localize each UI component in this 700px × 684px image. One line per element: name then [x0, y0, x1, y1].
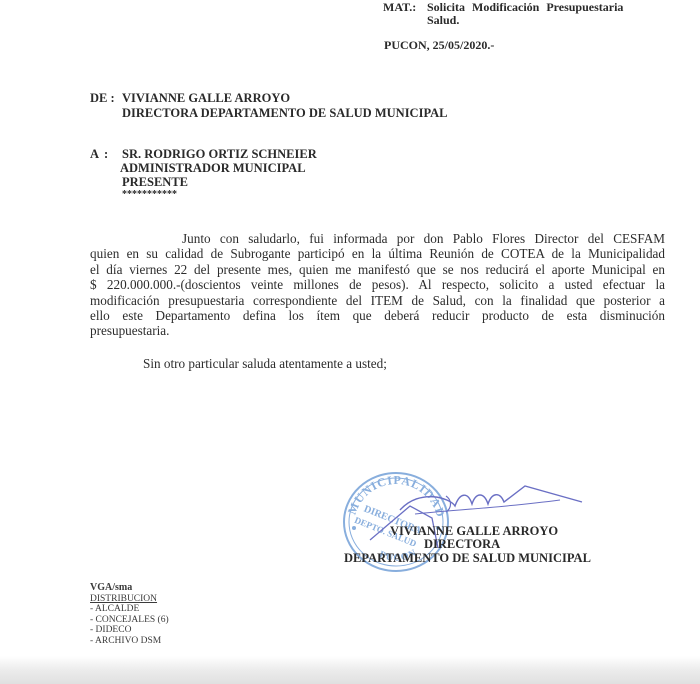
body-line: modificación presupuestaria correspondie…	[90, 293, 665, 308]
subject-label: MAT.:	[383, 0, 416, 15]
subject-text-line2: Salud.	[427, 13, 459, 28]
to-title: ADMINISTRADOR MUNICIPAL	[120, 161, 306, 176]
body-line: $ 220.000.000.-(doscientos veinte millon…	[90, 277, 665, 292]
distribution-list: VGA/sma DISTRIBUCION - ALCALDE - CONCEJA…	[90, 583, 169, 647]
document-page: MAT.: Solicita Modificación Presupuestar…	[0, 0, 700, 684]
body-paragraph: Junto con saludarlo, fui informada por d…	[90, 231, 665, 339]
distribution-item: - DIDECO	[90, 625, 169, 636]
body-line: presupuestaria.	[90, 323, 665, 338]
reference-initials: VGA/sma	[90, 583, 169, 594]
to-presente: PRESENTE	[122, 175, 188, 190]
body-line: ello este Departamento defina los ítem q…	[90, 308, 665, 323]
page-bottom-shadow	[0, 656, 700, 684]
from-label: DE :	[90, 91, 115, 106]
body-line: quien en su calidad de Subrogante partic…	[90, 246, 665, 261]
signer-role: DIRECTORA	[424, 537, 500, 552]
from-name: VIVIANNE GALLE ARROYO	[122, 91, 290, 106]
place-date: PUCON, 25/05/2020.-	[384, 38, 494, 53]
to-colon: :	[104, 147, 108, 162]
to-separator: ***********	[122, 189, 177, 200]
from-title: DIRECTORA DEPARTAMENTO DE SALUD MUNICIPA…	[122, 106, 448, 121]
to-name: SR. RODRIGO ORTIZ SCHNEIER	[122, 147, 317, 162]
distribution-item: - ARCHIVO DSM	[90, 636, 169, 647]
distribution-item: - ALCALDE	[90, 604, 169, 615]
to-label: A	[90, 147, 99, 162]
closing-text: Sin otro particular saluda atentamente a…	[143, 356, 387, 372]
body-line: Junto con saludarlo, fui informada por d…	[90, 231, 665, 246]
signer-department: DEPARTAMENTO DE SALUD MUNICIPAL	[344, 551, 591, 566]
distribution-heading: DISTRIBUCION	[90, 594, 169, 605]
distribution-item: - CONCEJALES (6)	[90, 615, 169, 626]
body-line: el día viernes 22 del presente mes, quie…	[90, 262, 665, 277]
